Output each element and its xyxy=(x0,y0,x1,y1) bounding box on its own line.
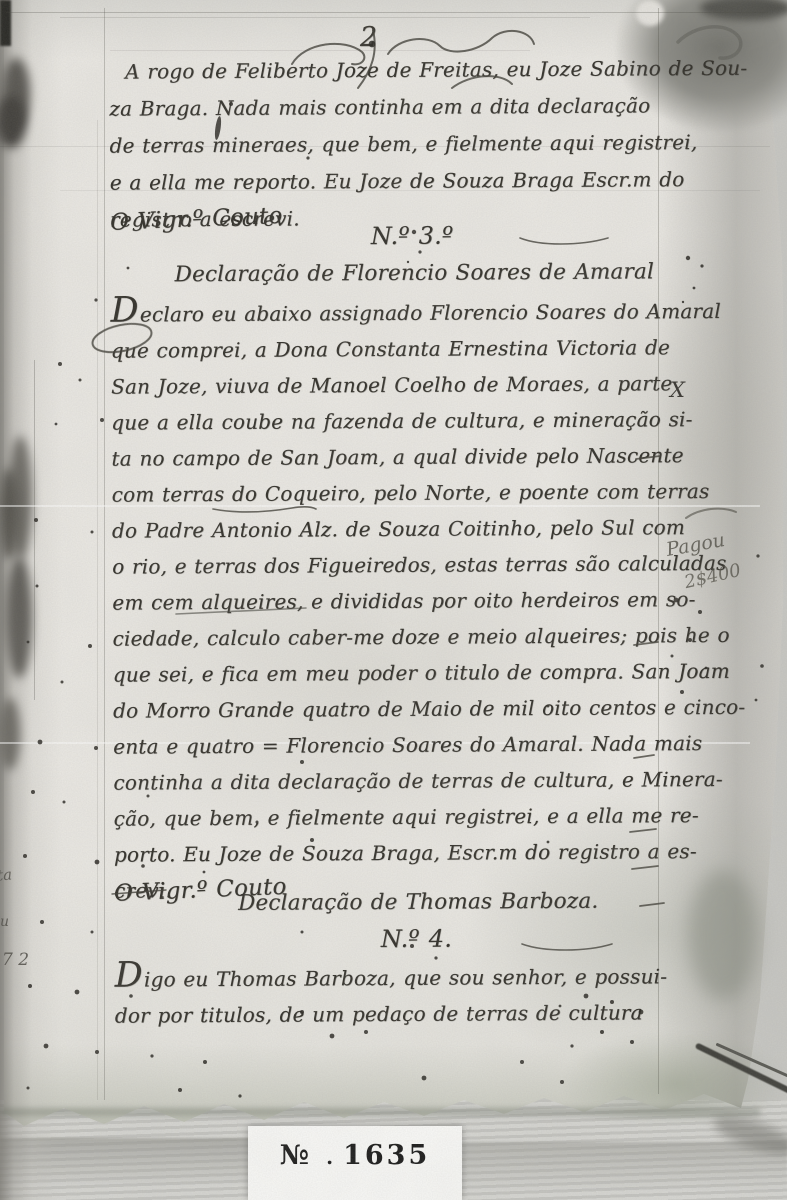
manuscript-line: San Joze, viuva de Manoel Coelho de Mora… xyxy=(111,365,659,404)
torn-corner-notch xyxy=(636,0,664,26)
manuscript-line: ciedade, calculo caber-me doze e meio al… xyxy=(112,617,660,656)
manuscript-line: enta e quatro = Florencio Soares do Amar… xyxy=(113,725,661,764)
corner-nick xyxy=(0,0,11,46)
manuscript-line: A rogo de Feliberto Joze de Freitas, eu … xyxy=(109,50,657,90)
manuscript-line: za Braga. Nada mais continha em a dita d… xyxy=(109,87,657,127)
adjacent-page-edge xyxy=(34,360,35,700)
top-rule xyxy=(6,12,768,13)
scanned-manuscript-page: 2 A rogo de Feliberto Joze de Freitas, e… xyxy=(0,0,787,1200)
label-number: 1635 xyxy=(343,1140,430,1171)
manuscript-line: Declaro eu abaixo assignado Florencio So… xyxy=(110,293,658,332)
manuscript-line: com terras do Coqueiro, pelo Norte, e po… xyxy=(112,473,660,512)
manuscript-line: continha a dita declaração de terras de … xyxy=(113,761,661,800)
entry-number-heading: N.º 4. xyxy=(142,919,690,958)
manuscript-line: que a ella coube na fazenda de cultura, … xyxy=(111,401,659,440)
page-number: 2 xyxy=(360,22,377,53)
manuscript-line: do Padre Antonio Alz. de Souza Coitinho,… xyxy=(112,509,660,548)
catalog-number-label: №.1635 xyxy=(248,1126,462,1200)
manuscript-line: e a ella me reporto. Eu Joze de Souza Br… xyxy=(110,161,658,201)
manuscript-line: Digo eu Thomas Barboza, que sou senhor, … xyxy=(115,958,663,997)
label-dot: . xyxy=(326,1145,333,1169)
manuscript-line: do Morro Grande quatro de Maio de mil oi… xyxy=(113,689,661,728)
top-rule-faint xyxy=(60,17,590,18)
right-edge-stain xyxy=(688,870,758,1000)
manuscript-line: em cem alqueires, e divididas por oito h… xyxy=(112,581,660,620)
left-margin-rule xyxy=(104,8,105,1100)
left-margin-rule-faint xyxy=(97,120,98,1100)
declaration-title: Declaração de Florencio Soares de Amaral xyxy=(140,254,688,293)
torn-bottom-edge xyxy=(0,1108,760,1116)
manuscript-line: dor por titulos, de um pedaço de terras … xyxy=(115,994,663,1033)
edge-text-fragment: 7 2 xyxy=(2,950,29,970)
gutter-blot xyxy=(0,468,18,560)
manuscript-line: porto. Eu Joze de Souza Braga, Escr.m do… xyxy=(114,833,662,872)
margin-cross-mark: X xyxy=(670,378,685,402)
paragraph: Digo eu Thomas Barboza, que sou senhor, … xyxy=(115,958,663,1033)
backing-shadow-right xyxy=(462,1142,787,1190)
gutter-blot xyxy=(6,556,32,678)
declaration-title: Declaração de Thomas Barboza. xyxy=(144,883,692,922)
manuscript-line: ção, que bem, e fielmente aqui registrei… xyxy=(114,797,662,836)
text-column: A rogo de Feliberto Joze de Freitas, eu … xyxy=(109,50,663,1033)
numero-sign: № xyxy=(280,1140,310,1171)
entry-number-heading: N.º 3.º xyxy=(138,214,686,257)
paragraph: Declaro eu abaixo assignado Florencio So… xyxy=(110,293,662,872)
manuscript-line: ta no campo de San Joam, a qual divide p… xyxy=(111,437,659,476)
manuscript-line: de terras mineraes, que bem, e fielmente… xyxy=(109,124,657,164)
edge-text-fragment: ta xyxy=(0,865,13,884)
edge-text-fragment: u xyxy=(0,914,9,930)
manuscript-line: que comprei, a Dona Constanta Ernestina … xyxy=(111,329,659,368)
manuscript-line: que sei, e fica em meu poder o titulo de… xyxy=(113,653,661,692)
paragraph: A rogo de Feliberto Joze de Freitas, eu … xyxy=(109,50,658,201)
manuscript-line: o rio, e terras dos Figueiredos, estas t… xyxy=(112,545,660,584)
